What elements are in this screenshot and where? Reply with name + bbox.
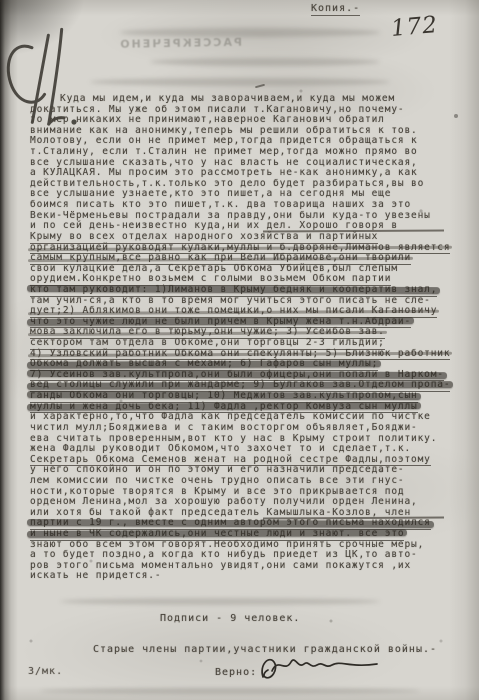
document-lines: Куда мы идем,и куда мы заворачиваем,и ку… bbox=[30, 94, 462, 582]
text-line: искать не придется.- bbox=[30, 571, 462, 582]
text-line: Крыму во всех отделах народного хозяйств… bbox=[30, 232, 462, 243]
ghost-text-smudge bbox=[60, 598, 380, 605]
declassified-stamp: РАССЕКРЕЧЕНО bbox=[92, 36, 242, 52]
ghost-text-smudge bbox=[90, 78, 390, 86]
page-number-handwritten: 172 bbox=[390, 12, 439, 42]
signature-scribble-icon bbox=[255, 651, 385, 695]
text-line: кто там руководит: 1)Лиманов в Крыму бед… bbox=[30, 285, 462, 296]
signatures-count-line: Подписи - 9 человек. bbox=[160, 613, 300, 624]
text-line: и ныне в ЧК содержались,они честные люди… bbox=[30, 529, 462, 540]
ghost-text-smudge bbox=[120, 28, 380, 37]
scanned-document-page: Копия.- 172 РАССЕКРЕЧЕНО Куда мы идем,и … bbox=[0, 0, 479, 700]
paper-speckles bbox=[0, 0, 2, 2]
ghost-text-smudge bbox=[150, 58, 380, 66]
text-line: чистил мулл;Бояджиева и с таким восторго… bbox=[30, 423, 462, 434]
verno-label: Верно: bbox=[215, 667, 257, 678]
text-line: лем комиссии по чистке очень трудно опис… bbox=[30, 476, 462, 487]
copy-label: Копия.- bbox=[311, 3, 360, 16]
file-reference-mark: 3/мк. bbox=[28, 666, 63, 677]
